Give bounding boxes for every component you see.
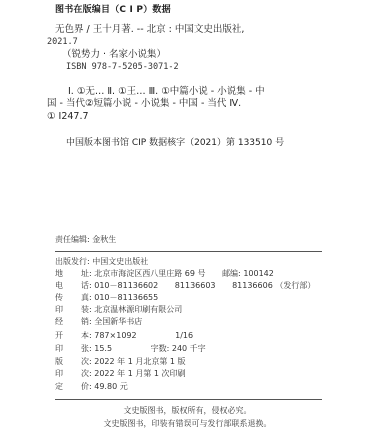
phone-value-3: 81136606 （发行部）	[232, 281, 315, 290]
address-key-1: 地	[55, 268, 81, 280]
postcode-label: 邮编:	[222, 269, 241, 278]
phone-value-2: 81136603	[175, 281, 216, 290]
editor-value: 金秋生	[92, 235, 116, 244]
distributor-row: 经销: 全国新华书店	[55, 316, 142, 328]
return-notice: 文史版图书，印装有错误可与发行部联系退换。	[0, 418, 375, 429]
address-key-2: 址:	[81, 268, 92, 280]
fax-key-2: 真:	[81, 292, 92, 304]
cip-year: 2021.7	[47, 37, 78, 47]
edition-key-1: 版	[55, 356, 81, 368]
fax-key-1: 传	[55, 292, 81, 304]
printer-key-2: 装:	[81, 304, 92, 316]
fax-row: 传真: 010－81136655	[55, 292, 158, 304]
divider-top	[55, 251, 322, 252]
printing-value: 2022 年 1 月第 1 次印刷	[94, 369, 185, 378]
cip-series: （锐势力 · 名家小说集）	[62, 49, 166, 61]
price-key-1: 定	[55, 381, 81, 393]
edition-key-2: 次:	[81, 356, 92, 368]
printer-key-1: 印	[55, 304, 81, 316]
cip-classification-line-2: 国 - 当代②短篇小说 - 小说集 - 中国 - 当代 Ⅳ.	[47, 98, 241, 110]
fax-value: 010－81136655	[94, 293, 158, 302]
format-fraction: 1/16	[175, 331, 193, 340]
cip-classification-line-3: ① I247.7	[47, 111, 89, 123]
word-count-value: 240 千字	[172, 344, 206, 353]
printer-row: 印装: 北京温林源印刷有限公司	[55, 304, 182, 316]
cip-number: 中国版本图书馆 CIP 数据核字（2021）第 133510 号	[66, 137, 284, 149]
edition-value: 2022 年 1 月北京第 1 版	[94, 357, 185, 366]
word-count-label: 字数:	[151, 344, 170, 353]
cip-classification-line-1: Ⅰ. ①无… Ⅱ. ①王… Ⅲ. ①中篇小说 - 小说集 - 中	[68, 86, 265, 98]
cip-header: 图书在版编目（C I P）数据	[55, 2, 171, 15]
printing-row: 印次: 2022 年 1 月第 1 次印刷	[55, 368, 186, 380]
printer-value: 北京温林源印刷有限公司	[94, 305, 182, 314]
cip-title-line: 无色界 / 王十月著. -- 北京 : 中国文史出版社,	[55, 24, 244, 36]
divider-bottom	[55, 399, 322, 400]
address-row: 地址: 北京市海淀区西八里庄路 69 号 邮编: 100142	[55, 268, 274, 280]
printing-key-1: 印	[55, 368, 81, 380]
price-key-2: 价:	[81, 381, 92, 393]
price-row: 定价: 49.80 元	[55, 381, 128, 393]
printing-key-2: 次:	[81, 368, 92, 380]
cip-isbn: ISBN 978-7-5205-3071-2	[66, 62, 179, 72]
publisher-row: 出版发行: 中国文史出版社	[55, 256, 148, 268]
editor-label: 责任编辑:	[55, 235, 90, 244]
sheets-value: 15.5	[94, 344, 112, 353]
editor-row: 责任编辑: 金秋生	[55, 234, 116, 246]
edition-row: 版次: 2022 年 1 月北京第 1 版	[55, 356, 186, 368]
price-value: 49.80 元	[94, 382, 127, 391]
sheets-row: 印张: 15.5 字数: 240 千字	[55, 343, 206, 355]
phone-key-1: 电	[55, 280, 81, 292]
address-value: 北京市海淀区西八里庄路 69 号	[94, 269, 205, 278]
publisher-value: 中国文史出版社	[92, 257, 148, 266]
phone-row: 电话: 010－81136602 81136603 81136606 （发行部）	[55, 280, 315, 292]
copyright-notice: 文史版图书，版权所有，侵权必究。	[0, 405, 375, 416]
postcode-value: 100142	[243, 269, 274, 278]
format-row: 开本: 787×1092 1/16	[55, 330, 193, 342]
distributor-value: 全国新华书店	[94, 317, 142, 326]
sheets-key-1: 印	[55, 343, 81, 355]
format-key-2: 本:	[81, 330, 92, 342]
phone-value-1: 010－81136602	[94, 281, 158, 290]
format-key-1: 开	[55, 330, 81, 342]
phone-key-2: 话:	[81, 280, 92, 292]
format-value: 787×1092	[94, 331, 136, 340]
sheets-key-2: 张:	[81, 343, 92, 355]
distributor-key-2: 销:	[81, 316, 92, 328]
distributor-key-1: 经	[55, 316, 81, 328]
publisher-label: 出版发行:	[55, 257, 90, 266]
